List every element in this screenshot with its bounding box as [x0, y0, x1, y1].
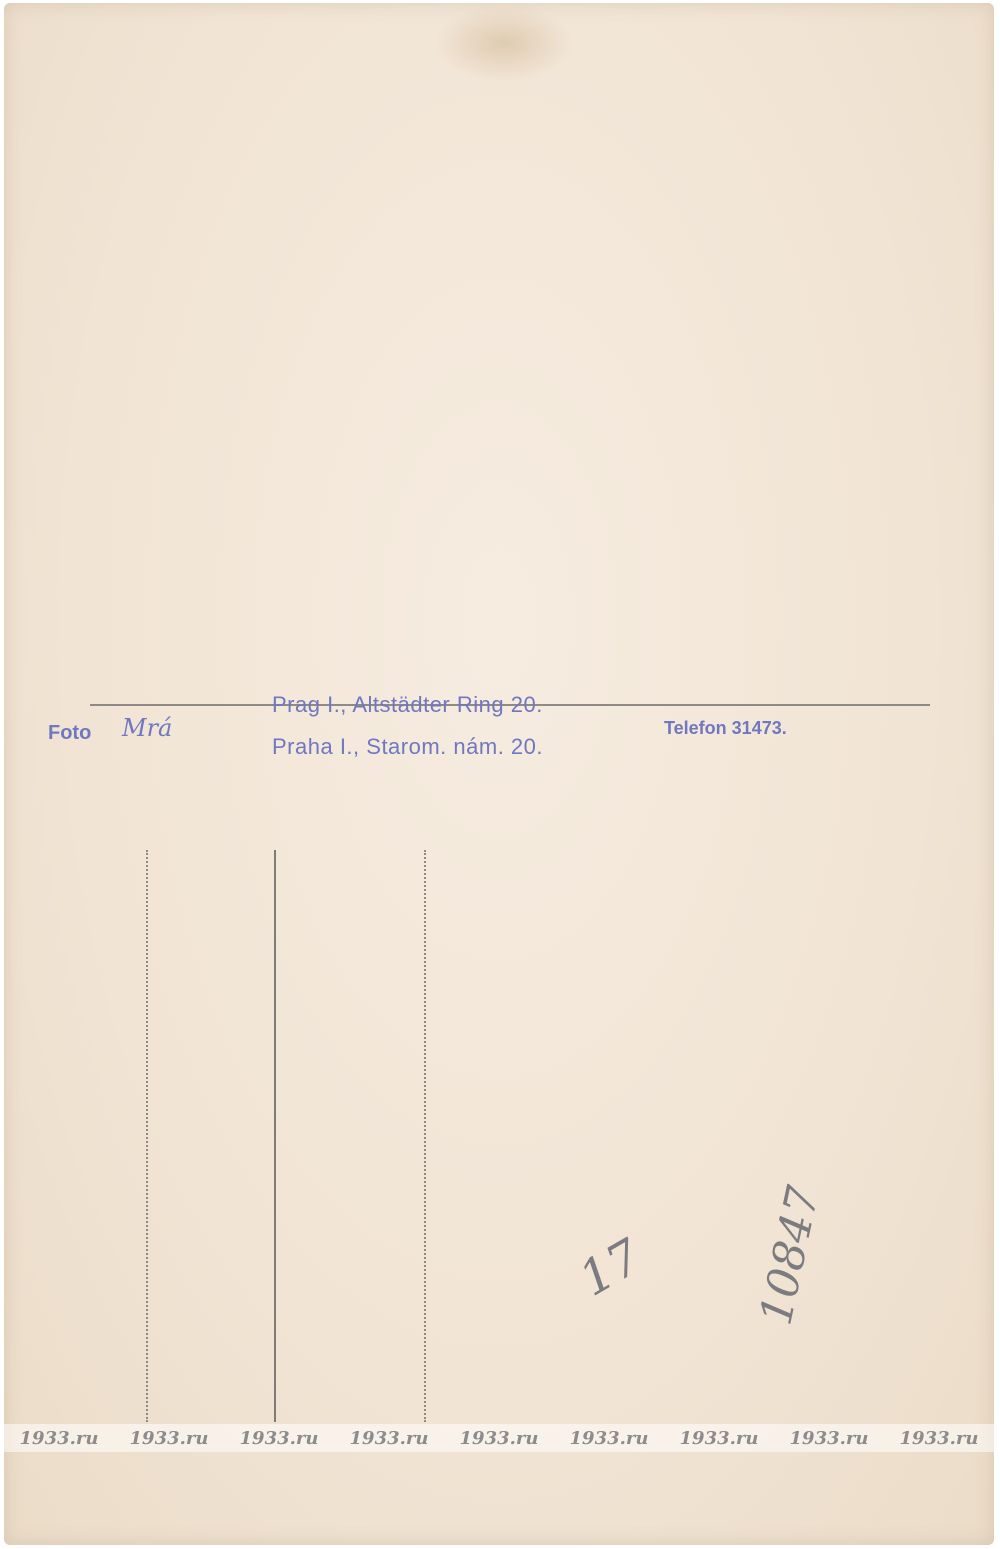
address-line-german: Prag I., Altstädter Ring 20.: [272, 692, 543, 718]
watermark-text: 1933.ru: [900, 1428, 979, 1449]
watermark-text: 1933.ru: [240, 1428, 319, 1449]
postcard-back: [4, 3, 994, 1545]
foto-label: Foto: [48, 722, 91, 745]
paper-stain: [434, 3, 574, 83]
watermark-strip: 1933.ru 1933.ru 1933.ru 1933.ru 1933.ru …: [4, 1424, 994, 1452]
watermark-text: 1933.ru: [460, 1428, 539, 1449]
photographer-signature: Mrá: [122, 714, 172, 742]
watermark-text: 1933.ru: [20, 1428, 99, 1449]
watermark-text: 1933.ru: [570, 1428, 649, 1449]
watermark-text: 1933.ru: [680, 1428, 759, 1449]
telephone-number: Telefon 31473.: [664, 718, 787, 739]
watermark-text: 1933.ru: [130, 1428, 209, 1449]
center-divider-line: [274, 850, 276, 1422]
address-line-czech: Praha I., Starom. nám. 20.: [272, 734, 543, 760]
dotted-line-left: [146, 850, 148, 1422]
watermark-text: 1933.ru: [790, 1428, 869, 1449]
watermark-text: 1933.ru: [350, 1428, 429, 1449]
dotted-line-right: [424, 850, 426, 1422]
